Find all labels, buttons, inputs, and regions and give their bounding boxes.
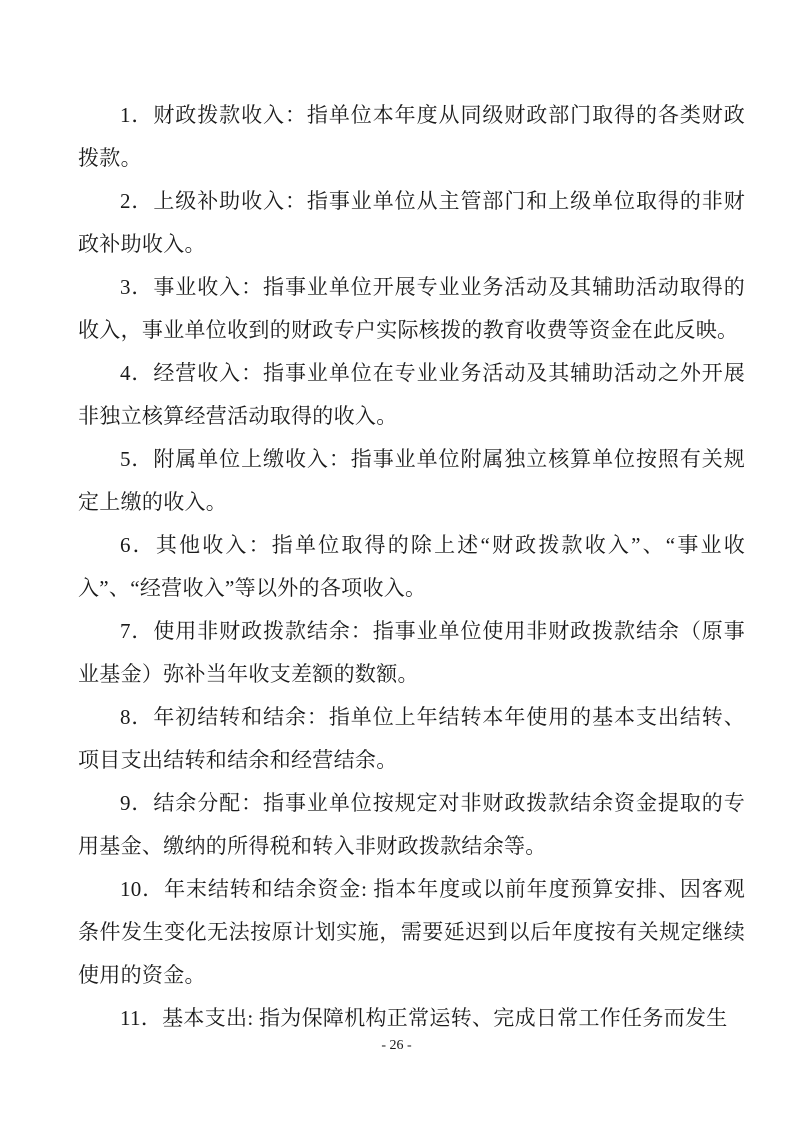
paragraph: 11．基本支出: 指为保障机构正常运转、完成日常工作任务而发生 <box>78 997 745 1040</box>
paragraph: 5．附属单位上缴收入：指事业单位附属独立核算单位按照有关规定上缴的收入。 <box>78 438 745 524</box>
paragraph: 7．使用非财政拨款结余：指事业单位使用非财政拨款结余（原事业基金）弥补当年收支差… <box>78 610 745 696</box>
document-body: 1．财政拨款收入：指单位本年度从同级财政部门取得的各类财政拨款。2．上级补助收入… <box>78 94 745 1040</box>
paragraph: 3．事业收入：指事业单位开展专业业务活动及其辅助活动取得的收入，事业单位收到的财… <box>78 266 745 352</box>
paragraph: 2．上级补助收入：指事业单位从主管部门和上级单位取得的非财政补助收入。 <box>78 180 745 266</box>
paragraph: 8．年初结转和结余：指单位上年结转本年使用的基本支出结转、项目支出结转和结余和经… <box>78 696 745 782</box>
page-number: - 26 - <box>0 1036 793 1056</box>
paragraph: 1．财政拨款收入：指单位本年度从同级财政部门取得的各类财政拨款。 <box>78 94 745 180</box>
paragraph: 6．其他收入：指单位取得的除上述“财政拨款收入”、“事业收入”、“经营收入”等以… <box>78 524 745 610</box>
paragraph: 10．年末结转和结余资金: 指本年度或以前年度预算安排、因客观条件发生变化无法按… <box>78 868 745 997</box>
paragraph: 9．结余分配：指事业单位按规定对非财政拨款结余资金提取的专用基金、缴纳的所得税和… <box>78 782 745 868</box>
paragraph: 4．经营收入：指事业单位在专业业务活动及其辅助活动之外开展非独立核算经营活动取得… <box>78 352 745 438</box>
document-page: 1．财政拨款收入：指单位本年度从同级财政部门取得的各类财政拨款。2．上级补助收入… <box>0 0 793 1122</box>
